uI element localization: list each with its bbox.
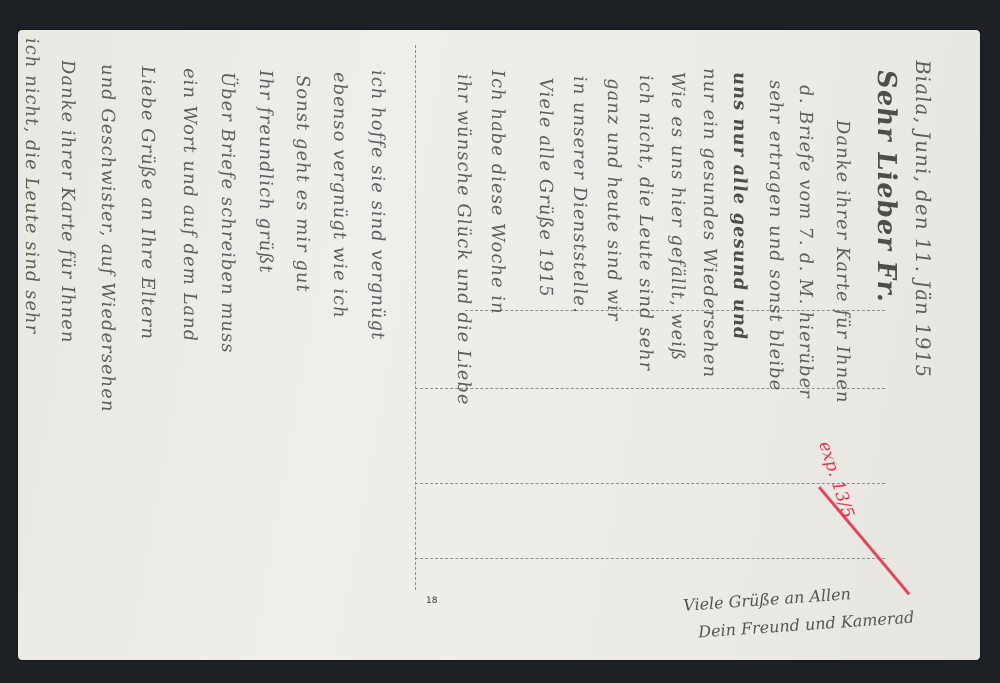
handwritten-line: Ihr freundlich grüßt [256, 69, 274, 274]
red-pencil-stroke [818, 486, 910, 595]
header-place-date: Biala, Juni, den 11. Jän 1915 [913, 59, 933, 378]
address-divider-line [415, 45, 416, 590]
print-number: 18 [426, 596, 437, 606]
handwritten-line: Sonst geht es mir gut [293, 74, 311, 293]
handwritten-line: in unserer Dienststelle. [570, 75, 588, 314]
handwritten-line: ich nicht, die Leute sind sehr [22, 37, 40, 334]
handwritten-line: Wie es uns hier gefällt, weiß [668, 71, 686, 361]
handwritten-line: Über Briefe schreiben muss [218, 71, 236, 354]
handwritten-line: ganz und heute sind wir [604, 77, 622, 322]
handwritten-line: Danke ihrer Karte für Ihnen [58, 59, 76, 344]
handwritten-line: ich nicht, die Leute sind sehr [636, 74, 654, 371]
postscript-line-1: Viele Grüße an Allen [683, 584, 852, 615]
handwritten-line: Viele alle Grüße 1915 [536, 77, 554, 298]
postcard-back: Biala, Juni, den 11. Jän 1915 Sehr Liebe… [18, 30, 980, 660]
handwritten-line: ich hoffe sie sind vergnügt [368, 69, 386, 341]
handwritten-line: ihr wünsche Glück und die Liebe [454, 73, 472, 406]
handwritten-line: ein Wort und auf dem Land [180, 67, 198, 343]
address-line-3 [415, 483, 885, 484]
handwritten-line: Ich habe diese Woche in [488, 69, 506, 315]
postscript-line-2: Dein Freund und Kamerad [698, 607, 915, 641]
handwritten-line: sehr ertragen und sonst bleibe [766, 79, 784, 392]
address-line-4 [415, 558, 885, 559]
salutation: Sehr Lieber Fr. [873, 69, 899, 303]
handwritten-line: Danke ihrer Karte für Ihnen [833, 119, 851, 404]
handwritten-line: und Geschwister, auf Wiedersehen [98, 63, 116, 413]
handwritten-line: nur ein gesundes Wiedersehen [700, 67, 718, 378]
handwritten-line: ebenso vergnügt wie ich [330, 71, 348, 319]
handwritten-line: d. Briefe vom 7. d. M. hierüber [796, 84, 814, 399]
handwritten-line: uns nur alle gesund und [730, 71, 748, 341]
handwritten-line: Liebe Grüße an Ihre Eltern [138, 65, 156, 340]
